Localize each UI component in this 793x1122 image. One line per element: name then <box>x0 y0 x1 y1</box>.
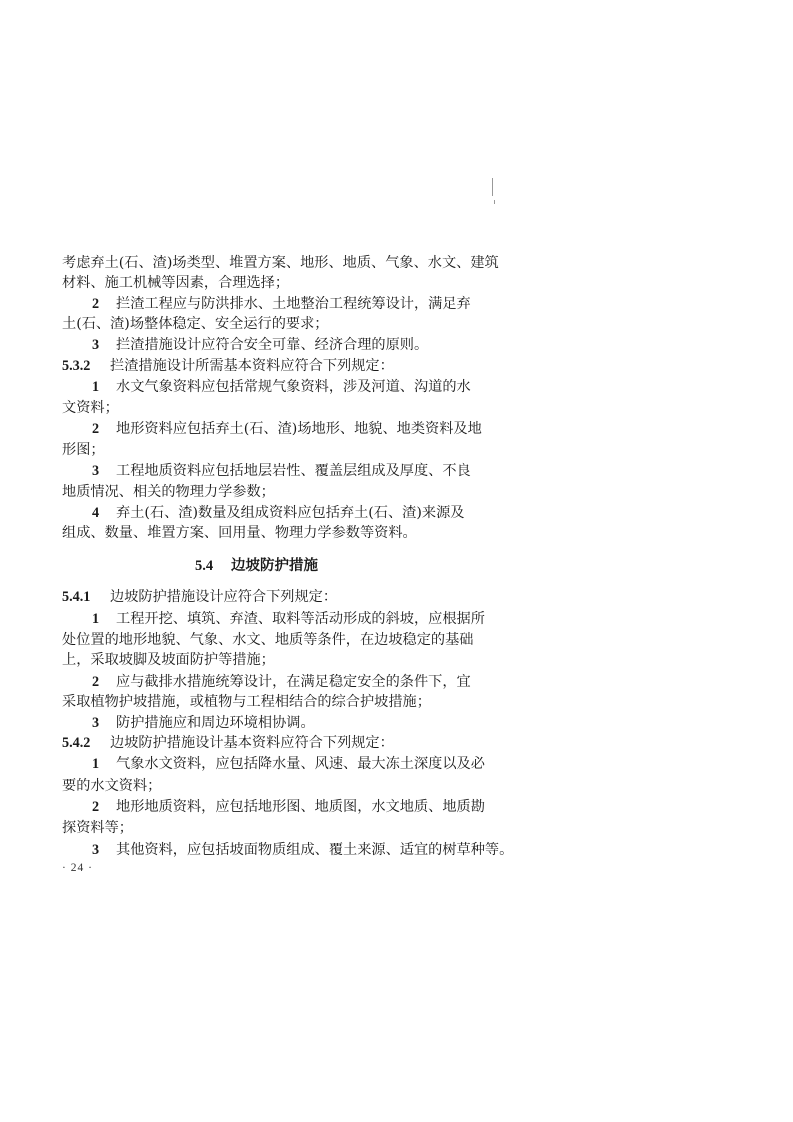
line-text: 防护措施应和周边环境相协调。 <box>116 715 315 731</box>
line-text: 工程地质资料应包括地层岩性、覆盖层组成及厚度、不良 <box>116 463 471 479</box>
item-number: 2 <box>92 672 116 692</box>
body-line: 组成、数量、堆置方案、回用量、物理力学参数等资料。 <box>62 523 452 543</box>
body-line: 处位置的地形地貌、气象、水文、地质等条件，在边坡稳定的基础 <box>62 630 452 650</box>
line-text: 考虑弃土(石、渣)场类型、堆置方案、地形、地质、气象、水文、建筑 <box>62 255 499 271</box>
scan-artifact <box>492 178 493 196</box>
line-text: 地质情况、相关的物理力学参数； <box>62 484 275 500</box>
section-number: 5.4 <box>195 556 231 576</box>
line-text: 上，采取坡脚及坡面防护等措施； <box>62 652 275 668</box>
line-text: 形图； <box>62 442 105 458</box>
clause-number: 5.4.2 <box>62 733 110 753</box>
line-text: 其他资料，应包括坡面物质组成、覆土来源、适宜的树草种等。 <box>116 842 513 858</box>
body-line: 上，采取坡脚及坡面防护等措施； <box>62 650 452 670</box>
list-item: 1气象水文资料，应包括降水量、风速、最大冻土深度以及必 <box>92 754 452 774</box>
list-item: 3其他资料，应包括坡面物质组成、覆土来源、适宜的树草种等。 <box>92 840 452 860</box>
body-line: 考虑弃土(石、渣)场类型、堆置方案、地形、地质、气象、水文、建筑 <box>62 253 452 273</box>
list-item: 2应与截排水措施统筹设计，在满足稳定安全的条件下，宜 <box>92 672 452 692</box>
body-line: 探资料等； <box>62 818 452 838</box>
line-text: 地形资料应包括弃土(石、渣)场地形、地貌、地类资料及地 <box>116 421 482 437</box>
line-text: 水文气象资料应包括常规气象资料，涉及河道、沟道的水 <box>116 379 471 395</box>
line-text: 处位置的地形地貌、气象、水文、地质等条件，在边坡稳定的基础 <box>62 632 473 648</box>
body-line: 地质情况、相关的物理力学参数； <box>62 482 452 502</box>
line-text: 文资料； <box>62 400 119 416</box>
clause-number: 5.4.1 <box>62 587 110 607</box>
item-number: 1 <box>92 377 116 397</box>
item-number: 1 <box>92 754 116 774</box>
clause-5-3-2: 5.3.2拦渣措施设计所需基本资料应符合下列规定： <box>62 356 452 376</box>
line-text: 边坡防护措施设计基本资料应符合下列规定： <box>110 735 394 751</box>
body-line: 材料、施工机械等因素，合理选择； <box>62 273 452 293</box>
list-item: 4弃土(石、渣)数量及组成资料应包括弃土(石、渣)来源及 <box>92 503 452 523</box>
body-line: 形图； <box>62 440 452 460</box>
page-number: · 24 · <box>62 860 93 876</box>
line-text: 采取植物护坡措施，或植物与工程相结合的综合护坡措施； <box>62 694 431 710</box>
line-text: 探资料等； <box>62 820 133 836</box>
document-page: 考虑弃土(石、渣)场类型、堆置方案、地形、地质、气象、水文、建筑 材料、施工机械… <box>0 0 793 1122</box>
list-item: 3拦渣措施设计应符合安全可靠、经济合理的原则。 <box>92 335 452 355</box>
list-item: 2拦渣工程应与防洪排水、土地整治工程统筹设计，满足弃 <box>92 294 452 314</box>
section-heading: 5.4边坡防护措施 <box>195 556 320 576</box>
line-text: 地形地质资料，应包括地形图、地质图，水文地质、地质勘 <box>116 799 485 815</box>
line-text: 应与截排水措施统筹设计，在满足稳定安全的条件下，宜 <box>116 674 471 690</box>
body-line: 采取植物护坡措施，或植物与工程相结合的综合护坡措施； <box>62 692 452 712</box>
item-number: 2 <box>92 797 116 817</box>
line-text: 气象水文资料，应包括降水量、风速、最大冻土深度以及必 <box>116 756 485 772</box>
list-item: 2地形地质资料，应包括地形图、地质图，水文地质、地质勘 <box>92 797 452 817</box>
list-item: 1工程开挖、填筑、弃渣、取料等活动形成的斜坡，应根据所 <box>92 609 452 629</box>
line-text: 土(石、渣)场整体稳定、安全运行的要求； <box>62 316 328 332</box>
list-item: 3防护措施应和周边环境相协调。 <box>92 713 452 733</box>
body-line: 要的水文资料； <box>62 776 452 796</box>
line-text: 拦渣工程应与防洪排水、土地整治工程统筹设计，满足弃 <box>116 296 471 312</box>
line-text: 组成、数量、堆置方案、回用量、物理力学参数等资料。 <box>62 525 417 541</box>
line-text: 材料、施工机械等因素，合理选择； <box>62 275 289 291</box>
clause-5-4-1: 5.4.1边坡防护措施设计应符合下列规定： <box>62 587 452 607</box>
body-line: 文资料； <box>62 398 452 418</box>
item-number: 3 <box>92 840 116 860</box>
item-number: 1 <box>92 609 116 629</box>
line-text: 要的水文资料； <box>62 778 161 794</box>
item-number: 4 <box>92 503 116 523</box>
list-item: 1水文气象资料应包括常规气象资料，涉及河道、沟道的水 <box>92 377 452 397</box>
line-text: 弃土(石、渣)数量及组成资料应包括弃土(石、渣)来源及 <box>116 505 464 521</box>
scan-artifact <box>494 200 495 204</box>
section-title: 边坡防护措施 <box>231 557 318 574</box>
clause-number: 5.3.2 <box>62 356 110 376</box>
list-item: 2地形资料应包括弃土(石、渣)场地形、地貌、地类资料及地 <box>92 419 452 439</box>
line-text: 边坡防护措施设计应符合下列规定： <box>110 589 337 605</box>
line-text: 工程开挖、填筑、弃渣、取料等活动形成的斜坡，应根据所 <box>116 611 485 627</box>
item-number: 2 <box>92 294 116 314</box>
line-text: 拦渣措施设计所需基本资料应符合下列规定： <box>110 358 394 374</box>
line-text: 拦渣措施设计应符合安全可靠、经济合理的原则。 <box>116 337 428 353</box>
item-number: 3 <box>92 335 116 355</box>
list-item: 3工程地质资料应包括地层岩性、覆盖层组成及厚度、不良 <box>92 461 452 481</box>
item-number: 2 <box>92 419 116 439</box>
clause-5-4-2: 5.4.2边坡防护措施设计基本资料应符合下列规定： <box>62 733 452 753</box>
item-number: 3 <box>92 713 116 733</box>
body-line: 土(石、渣)场整体稳定、安全运行的要求； <box>62 314 452 334</box>
item-number: 3 <box>92 461 116 481</box>
